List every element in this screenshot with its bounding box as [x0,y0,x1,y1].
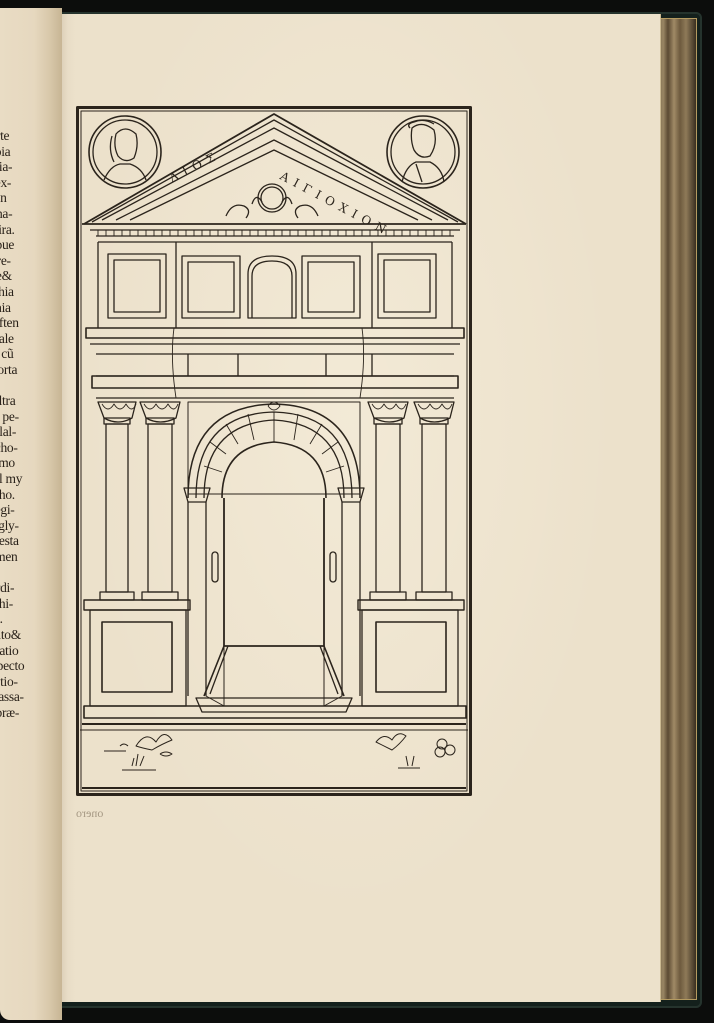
verso-text-line: te ira. [0,222,34,238]
verso-text-line: la mo [0,455,34,471]
verso-text-line: t ina- [0,206,34,222]
verso-text-line [0,378,34,394]
verso-text-line: IO. [0,611,34,627]
architectural-woodcut: ΔΙΟΣ ΑΙΓΙΟΧΙΟΝ [76,106,472,796]
verso-text-line: ecorta [0,362,34,378]
verso-text-column: tortee piapyia-a ex-print ina-te ira.o p… [0,128,62,721]
verso-text-line: ypho. [0,487,34,503]
verso-text-line: a ex- [0,175,34,191]
entablature [86,328,464,398]
verso-text-line: e cho- [0,440,34,456]
verso-text-line: uchia [0,284,34,300]
verso-text-line: iamen [0,549,34,565]
right-portrait-medallion [387,116,459,188]
verso-text-line: questa [0,533,34,549]
left-portrait-medallion [89,116,161,188]
verso-text-line: riptio- [0,674,34,690]
verso-page-edge: tortee piapyia-a ex-print ina-te ira.o p… [0,8,62,1020]
verso-text-line: orre- [0,253,34,269]
verso-text-line: nagly- [0,518,34,534]
verso-text-line: Athi- [0,596,34,612]
verso-text-line: pyia- [0,159,34,175]
verso-text-line: tenia [0,300,34,316]
verso-text-line: & lal- [0,424,34,440]
verso-text-line: nte& [0,268,34,284]
verso-text-line: lulatio [0,643,34,659]
verso-text-line: gli pe- [0,409,34,425]
page-edges [655,18,697,1000]
verso-text-line: prin [0,190,34,206]
verso-text-line [0,565,34,581]
pediment [82,114,466,242]
verso-text-line: especto [0,658,34,674]
verso-text-line: o præ- [0,705,34,721]
woodcut-drawing [76,106,472,796]
arched-doorway [184,402,364,712]
verso-text-line: osito& [0,627,34,643]
verso-text-line: lordi- [0,580,34,596]
verso-text-line: e lassa- [0,689,34,705]
bleed-through-caption: onero [76,806,103,821]
attic-panels [98,242,452,328]
verso-text-line: o pue [0,237,34,253]
verso-text-line: quale [0,331,34,347]
verso-text-line: o il my [0,471,34,487]
pedestals [82,600,466,724]
ground-with-plants [80,730,468,788]
verso-text-line: Regi- [0,502,34,518]
corinthian-columns [98,402,454,600]
verso-text-line: llaltra [0,393,34,409]
verso-text-line: Hiften [0,315,34,331]
verso-text-line: e pia [0,144,34,160]
verso-text-line: torte [0,128,34,144]
book-scene: tortee piapyia-a ex-print ina-te ira.o p… [0,0,714,1023]
verso-text-line: te, cũ [0,346,34,362]
